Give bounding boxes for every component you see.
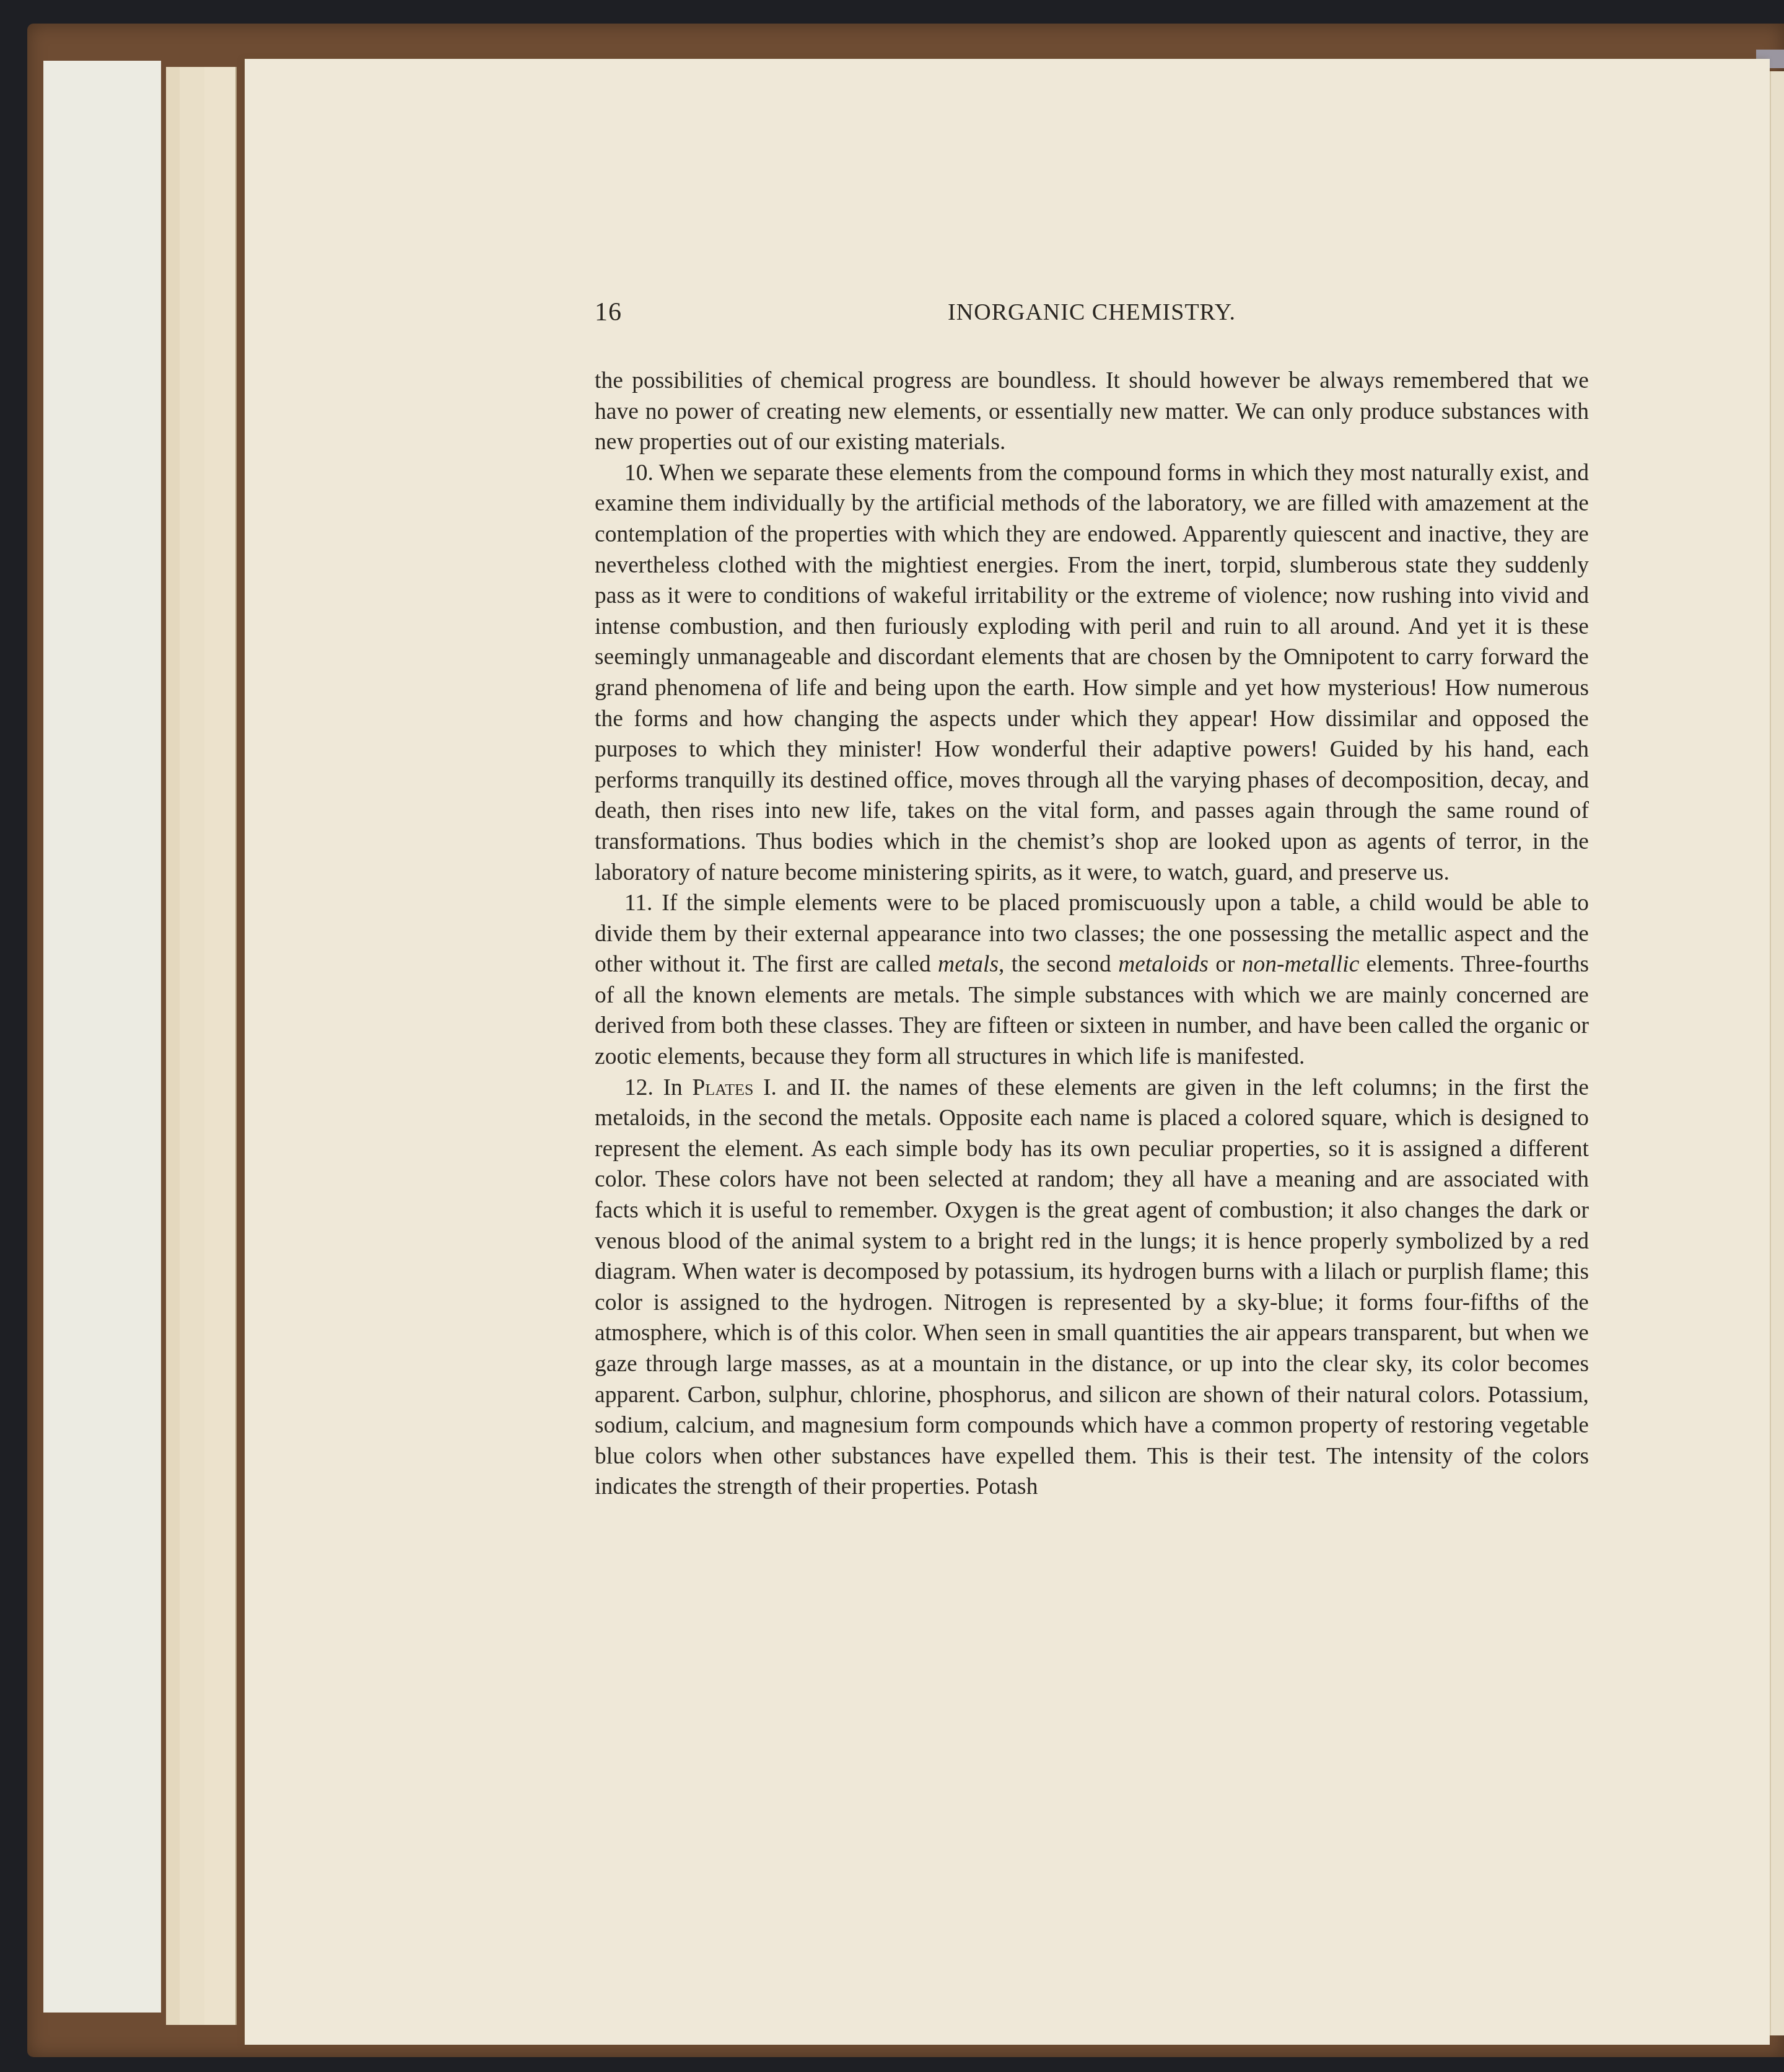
running-header: 16 INORGANIC CHEMISTRY.: [595, 297, 1589, 335]
small-caps-plates: Plates: [693, 1075, 754, 1100]
text-run: or: [1209, 952, 1242, 977]
body-text: the possibilities of chemical progress a…: [595, 366, 1589, 1503]
paragraph-continuation: the possibilities of chemical progress a…: [595, 366, 1589, 458]
italic-term-metaloids: metaloids: [1118, 952, 1209, 977]
paragraph-11: 11. If the simple elements were to be pl…: [595, 888, 1589, 1073]
text-block: 16 INORGANIC CHEMISTRY. the possibilitie…: [595, 297, 1589, 1503]
text-run: 12. In: [624, 1075, 693, 1100]
running-head-title: INORGANIC CHEMISTRY.: [595, 299, 1589, 326]
paragraph-12: 12. In Plates I. and II. the names of th…: [595, 1073, 1589, 1503]
text-run: , the second: [999, 952, 1118, 977]
endpaper: [43, 61, 161, 2013]
italic-term-non-metallic: non-metallic: [1242, 952, 1360, 977]
italic-term-metals: metals: [938, 952, 999, 977]
page-stack-edge: [204, 67, 237, 2025]
paragraph-10: 10. When we separate these elements from…: [595, 458, 1589, 888]
next-page-edge: [1770, 71, 1784, 2035]
text-run: I. and II. the names of these elements a…: [595, 1075, 1589, 1500]
